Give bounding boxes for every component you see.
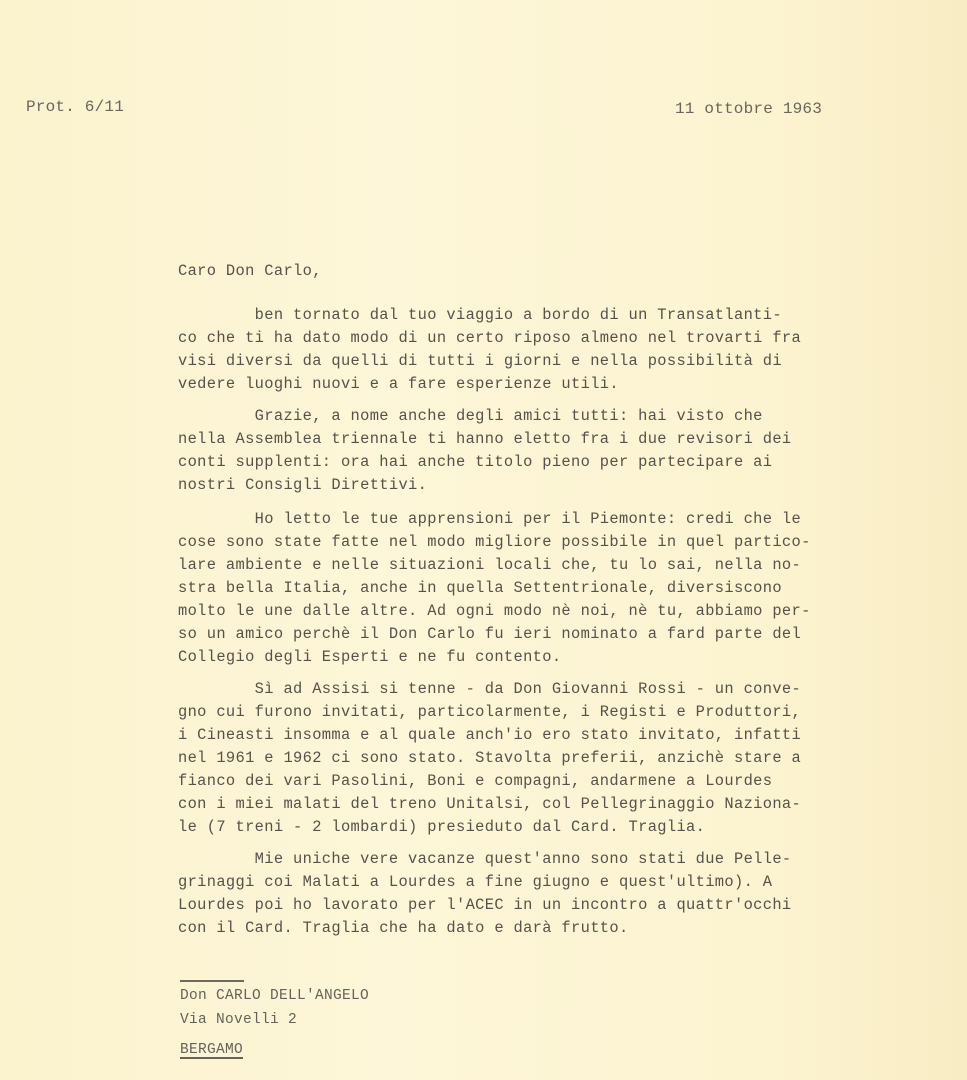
protocol-number: Prot. 6/11	[26, 98, 124, 116]
letter-date: 11 ottobre 1963	[675, 100, 822, 118]
text-line: molto le une dalle altre. Ad ogni modo n…	[178, 602, 811, 620]
text-line: so un amico perchè il Don Carlo fu ieri …	[178, 625, 801, 643]
text-line: nostri Consigli Direttivi.	[178, 476, 427, 494]
addressee-street: Via Novelli 2	[180, 1012, 297, 1028]
text-line: stra bella Italia, anche in quella Sette…	[178, 579, 782, 597]
divider-rule	[180, 980, 244, 982]
text-line: visi diversi da quelli di tutti i giorni…	[178, 352, 782, 370]
text-line: lare ambiente e nelle situazioni locali …	[178, 556, 801, 574]
text-line: Lourdes poi ho lavorato per l'ACEC in un…	[178, 896, 792, 914]
text-line: ben tornato dal tuo viaggio a bordo di u…	[178, 306, 782, 324]
addressee-city: BERGAMO	[180, 1042, 243, 1058]
addressee-name: Don CARLO DELL'ANGELO	[180, 988, 369, 1004]
text-line: Collegio degli Esperti e ne fu contento.	[178, 648, 561, 666]
text-line: Sì ad Assisi si tenne - da Don Giovanni …	[178, 680, 801, 698]
text-line: nel 1961 e 1962 ci sono stato. Stavolta …	[178, 749, 801, 767]
text-line: con il Card. Traglia che ha dato e darà …	[178, 919, 629, 937]
text-line: i Cineasti insomma e al quale anch'io er…	[178, 726, 801, 744]
text-line: cose sono state fatte nel modo migliore …	[178, 533, 811, 551]
text-line: vedere luoghi nuovi e a fare esperienze …	[178, 375, 619, 393]
text-line: conti supplenti: ora hai anche titolo pi…	[178, 453, 772, 471]
text-line: le (7 treni - 2 lombardi) presieduto dal…	[178, 818, 705, 836]
text-line: grinaggi coi Malati a Lourdes a fine giu…	[178, 873, 772, 891]
text-line: con i miei malati del treno Unitalsi, co…	[178, 795, 801, 813]
text-line: Mie uniche vere vacanze quest'anno sono …	[178, 850, 792, 868]
text-line: gno cui furono invitati, particolarmente…	[178, 703, 801, 721]
text-line: fianco dei vari Pasolini, Boni e compagn…	[178, 772, 772, 790]
salutation: Caro Don Carlo,	[178, 262, 322, 280]
text-line: Ho letto le tue apprensioni per il Piemo…	[178, 510, 801, 528]
letter-page: Prot. 6/11 11 ottobre 1963 Caro Don Carl…	[0, 0, 967, 1080]
text-line: nella Assemblea triennale ti hanno elett…	[178, 430, 792, 448]
text-line: Grazie, a nome anche degli amici tutti: …	[178, 407, 763, 425]
text-line: co che ti ha dato modo di un certo ripos…	[178, 329, 801, 347]
